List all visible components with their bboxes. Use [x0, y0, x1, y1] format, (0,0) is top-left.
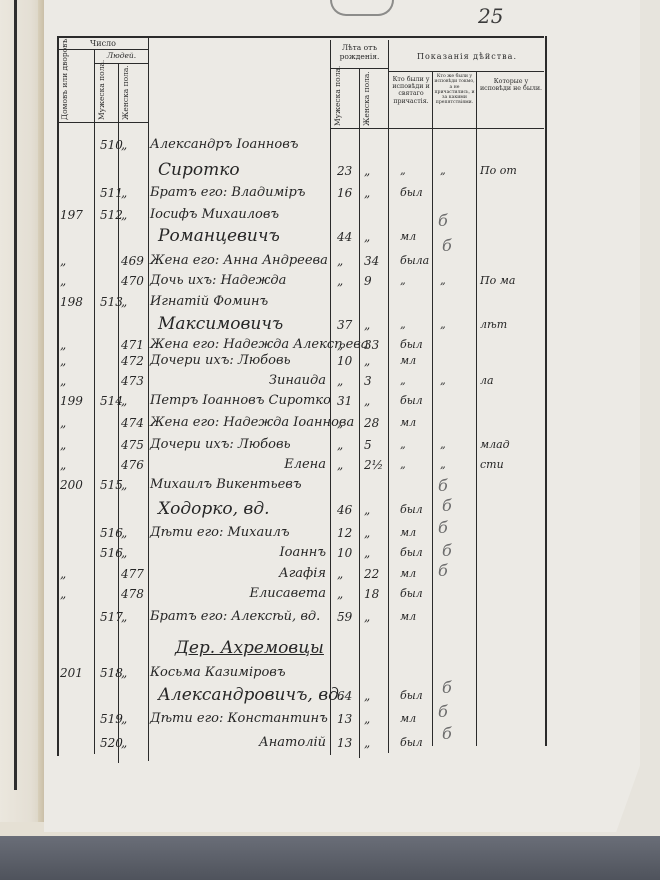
male-number: 514	[100, 394, 123, 408]
age-male: 46	[337, 503, 352, 517]
female-number: „	[121, 736, 127, 750]
confessed-mark: был	[400, 503, 423, 516]
house-number: „	[60, 438, 66, 452]
female-number: 477	[121, 567, 144, 581]
desk-surface	[0, 836, 660, 880]
age-female: 18	[364, 587, 379, 601]
person-name: Косьма Казиміровъ	[150, 665, 286, 680]
age-male: 10	[337, 546, 352, 560]
person-name: Дочь ихъ: Надежда	[150, 273, 286, 288]
person-name: Александръ Іоанновъ	[150, 137, 298, 152]
header-male: Мужеска пола.	[97, 66, 117, 120]
not-confessed-note: лѣт	[480, 318, 507, 331]
age-male: 59	[337, 610, 352, 624]
male-number: 516	[100, 546, 123, 560]
confessed-mark: мл	[400, 526, 416, 539]
age-female: „	[364, 610, 370, 624]
male-number: 515	[100, 478, 123, 492]
confessed-mark: „	[400, 458, 406, 471]
confessed-mark: мл	[400, 230, 416, 243]
age-female: 5	[364, 438, 372, 452]
house-number: „	[60, 587, 66, 601]
male-number: 510	[100, 138, 123, 152]
person-name: Зинаида	[269, 373, 326, 388]
female-number: 478	[121, 587, 144, 601]
pencil-mark: б	[438, 561, 448, 580]
age-female: „	[364, 503, 370, 517]
male-number: 519	[100, 712, 123, 726]
only-confessed-mark: „	[440, 438, 446, 451]
house-number: „	[60, 338, 66, 352]
only-confessed-mark: „	[440, 374, 446, 387]
person-name: Дочери ихъ: Любовь	[150, 353, 291, 368]
female-number: „	[121, 666, 127, 680]
confessed-mark: был	[400, 338, 423, 351]
person-name: Сиротко	[158, 160, 240, 180]
confessed-mark: мл	[400, 416, 416, 429]
person-name: Романцевичъ	[158, 226, 280, 246]
pencil-mark: б	[438, 702, 448, 721]
header-age: Лѣта отъ рожденія.	[331, 44, 388, 61]
person-name: Ходорко, вд.	[158, 499, 270, 519]
person-name: Дѣти его: Михаилъ	[150, 525, 290, 540]
age-male: 13	[337, 712, 352, 726]
age-female: 34	[364, 254, 379, 268]
pencil-mark: б	[438, 518, 448, 537]
age-male: 12	[337, 526, 352, 540]
age-male: „	[337, 274, 343, 288]
age-male: 23	[337, 164, 352, 178]
age-female: 2½	[364, 458, 383, 472]
house-number: 198	[60, 295, 83, 309]
female-number: 475	[121, 438, 144, 452]
only-confessed-mark: „	[440, 318, 446, 331]
confessed-mark: был	[400, 736, 423, 749]
confessed-mark: „	[400, 164, 406, 177]
age-male: 10	[337, 354, 352, 368]
male-number: 517	[100, 610, 123, 624]
emblem-icon	[330, 0, 394, 16]
female-number: 473	[121, 374, 144, 388]
person-name: Агафія	[279, 566, 326, 581]
person-name: Александровичъ, вд.	[158, 685, 344, 705]
confessed-mark: был	[400, 394, 423, 407]
male-number: 511	[100, 186, 123, 200]
pencil-mark: б	[442, 496, 452, 515]
confessed-mark: „	[400, 438, 406, 451]
male-number: 512	[100, 208, 123, 222]
confessed-mark: был	[400, 587, 423, 600]
confessed-mark: был	[400, 186, 423, 199]
age-female: 22	[364, 567, 379, 581]
age-female: „	[364, 736, 370, 750]
age-male: „	[337, 374, 343, 388]
not-confessed-note: млад	[480, 438, 510, 451]
house-number: 201	[60, 666, 83, 680]
female-number: 474	[121, 416, 144, 430]
house-number: „	[60, 274, 66, 288]
age-female: 3	[364, 374, 372, 388]
not-confessed-note: ла	[480, 374, 494, 387]
header-number: Число	[58, 39, 148, 48]
house-number: „	[60, 416, 66, 430]
female-number: „	[121, 295, 127, 309]
header-not-confessed: Которые у исповѣди не были.	[478, 78, 544, 92]
not-confessed-note: По от	[480, 164, 517, 177]
house-number: 197	[60, 208, 83, 222]
age-female: „	[364, 712, 370, 726]
person-name: Дер. Ахремовцы	[175, 638, 324, 658]
person-name: Елисавета	[249, 586, 326, 601]
person-name: Петръ Іоанновъ Сиротко	[150, 393, 331, 408]
age-male: 37	[337, 318, 352, 332]
pencil-mark: б	[442, 724, 452, 743]
confessed-mark: мл	[400, 354, 416, 367]
house-number: „	[60, 374, 66, 388]
person-name: Игнатій Фоминъ	[150, 294, 268, 309]
age-female: „	[364, 318, 370, 332]
not-confessed-note: сти	[480, 458, 504, 471]
person-name: Анатолій	[259, 735, 326, 750]
confessed-mark: „	[400, 318, 406, 331]
age-female: „	[364, 394, 370, 408]
person-name: Іоаннъ	[279, 545, 326, 560]
person-name: Максимовичъ	[158, 314, 283, 334]
header-female: Женска пола.	[121, 66, 146, 120]
confessed-mark: была	[400, 254, 429, 267]
female-number: „	[121, 208, 127, 222]
person-name: Дочери ихъ: Любовь	[150, 437, 291, 452]
age-female: „	[364, 546, 370, 560]
page-border-rule	[14, 0, 17, 790]
confessed-mark: „	[400, 374, 406, 387]
age-male: „	[337, 438, 343, 452]
house-number: „	[60, 567, 66, 581]
age-female: 28	[364, 416, 379, 430]
pencil-mark: б	[442, 541, 452, 560]
age-male: 16	[337, 186, 352, 200]
person-name: Братъ его: Алексѣй, вд.	[150, 609, 320, 624]
page-number: 25	[478, 4, 503, 28]
person-name: Жена его: Надежда Алексѣева	[150, 337, 369, 352]
age-male: 13	[337, 736, 352, 750]
house-number: 200	[60, 478, 83, 492]
person-name: Жена его: Надежда Іоаннова	[150, 415, 354, 430]
female-number: „	[121, 478, 127, 492]
age-female: „	[364, 689, 370, 703]
confessed-mark: мл	[400, 567, 416, 580]
age-male: „	[337, 254, 343, 268]
age-male: „	[337, 458, 343, 472]
age-female: 9	[364, 274, 372, 288]
person-name: Михаилъ Викентьевъ	[150, 477, 302, 492]
female-number: „	[121, 610, 127, 624]
female-number: „	[121, 546, 127, 560]
person-name: Братъ его: Владиміръ	[150, 185, 305, 200]
confessed-mark: был	[400, 689, 423, 702]
female-number: 469	[121, 254, 144, 268]
pencil-mark: б	[438, 211, 448, 230]
age-male: „	[337, 587, 343, 601]
female-number: 471	[121, 338, 144, 352]
female-number: 472	[121, 354, 144, 368]
header-age-female: Женска пола.	[362, 72, 387, 126]
person-name: Елена	[284, 457, 326, 472]
only-confessed-mark: „	[440, 458, 446, 471]
female-number: 470	[121, 274, 144, 288]
female-number: „	[121, 712, 127, 726]
confessed-mark: „	[400, 274, 406, 287]
only-confessed-mark: „	[440, 274, 446, 287]
male-number: 516	[100, 526, 123, 540]
header-confessed: Кто были у исповѣди и святаго причастія.	[390, 76, 432, 105]
header-age-male: Мужеска пола.	[333, 72, 358, 126]
house-number: 199	[60, 394, 83, 408]
age-female: „	[364, 186, 370, 200]
age-male: 31	[337, 394, 352, 408]
female-number: „	[121, 394, 127, 408]
person-name: Жена его: Анна Андреева	[150, 253, 328, 268]
pencil-mark: б	[438, 476, 448, 495]
female-number: „	[121, 138, 127, 152]
age-male: „	[337, 567, 343, 581]
male-number: 513	[100, 295, 123, 309]
age-female: „	[364, 230, 370, 244]
person-name: Дѣти его: Константинъ	[150, 711, 328, 726]
age-female: „	[364, 354, 370, 368]
male-number: 520	[100, 736, 123, 750]
person-name: Іосифъ Михаиловъ	[150, 207, 279, 222]
header-houses: Домовъ или дворовъ.	[60, 52, 92, 120]
pencil-mark: б	[442, 678, 452, 697]
female-number: „	[121, 186, 127, 200]
female-number: „	[121, 526, 127, 540]
confessed-mark: мл	[400, 610, 416, 623]
house-number: „	[60, 354, 66, 368]
pencil-mark: б	[442, 236, 452, 255]
header-confession: Показанія дѣйства.	[389, 52, 545, 61]
confessed-mark: мл	[400, 712, 416, 725]
only-confessed-mark: „	[440, 164, 446, 177]
age-female: „	[364, 164, 370, 178]
age-male: 44	[337, 230, 352, 244]
male-number: 518	[100, 666, 123, 680]
not-confessed-note: По ма	[480, 274, 515, 287]
house-number: „	[60, 254, 66, 268]
female-number: 476	[121, 458, 144, 472]
confessed-mark: был	[400, 546, 423, 559]
house-number: „	[60, 458, 66, 472]
header-only-confessed: Кто же были у исповѣди токмо, а не прича…	[433, 74, 476, 106]
age-female: „	[364, 526, 370, 540]
